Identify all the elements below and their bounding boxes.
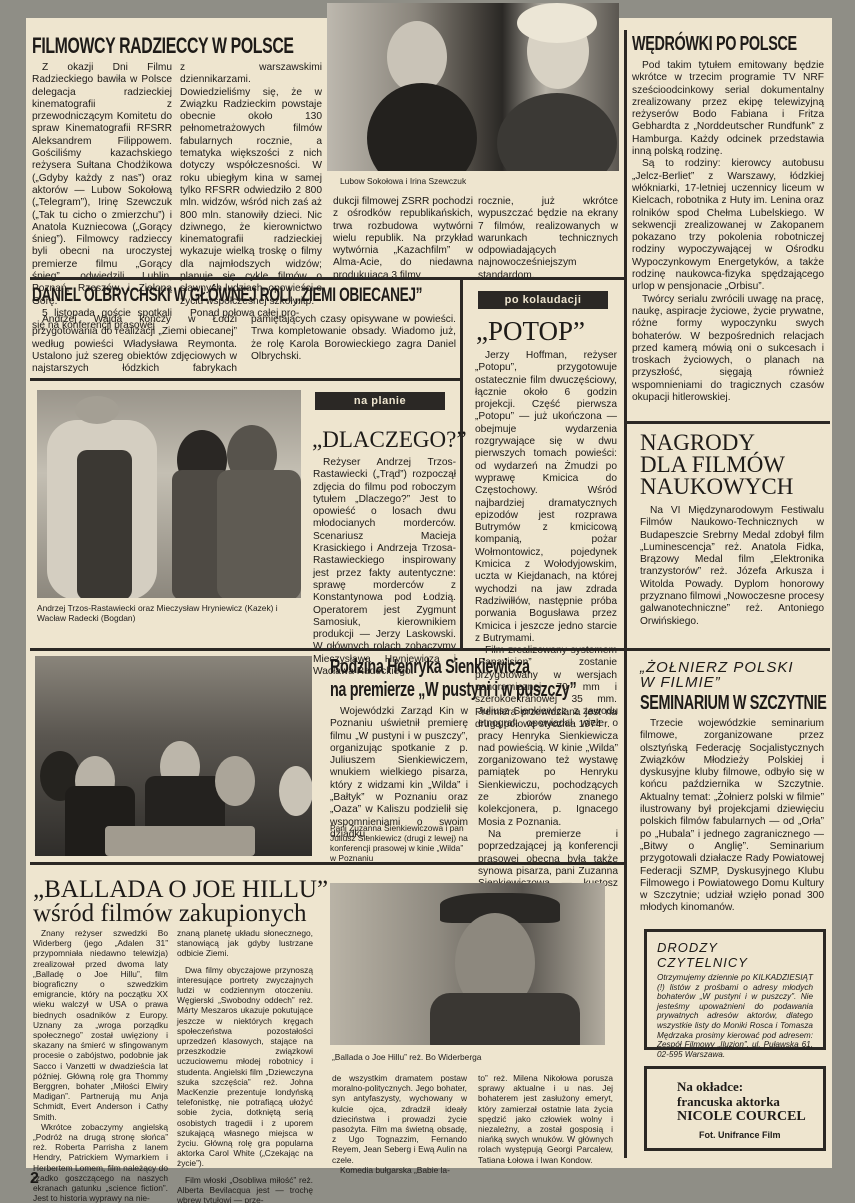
article-title-filmowcy: FILMOWCY RADZIECCY W POLSCE (32, 33, 294, 59)
kicker-line: W FILMIE” (640, 675, 794, 690)
paragraph: Na VI Międzynarodowym Festiwalu Filmów N… (640, 505, 824, 628)
paragraph: to” reż. Milena Nikołowa porusza sprawy … (478, 1073, 613, 1165)
seminarium-kicker: „ŻOŁNIERZ POLSKI W FILMIE” (640, 660, 794, 690)
ballada-col2: znaną planetę układu słonecznego, stanow… (177, 928, 313, 1203)
article-title-sienkiewicz: Rodzina Henryka Sienkiewicza na premierz… (330, 656, 576, 702)
paragraph: znaną planetę układu słonecznego, stanow… (177, 928, 313, 959)
article-title-wedrowki: WĘDRÓWKI PO POLSCE (632, 33, 797, 56)
filmowcy-col4: rocznie, już wkrótce wypuszczać będzie n… (478, 196, 618, 282)
photo-sienkiewicz-conference (35, 656, 312, 856)
photo-caption: Lubow Sokołowa i Irina Szewczuk (340, 176, 466, 186)
article-title-ballada: „BALLADA O JOE HILLU” wśród filmów zakup… (33, 878, 328, 926)
section-rule (624, 421, 830, 424)
section-rule (30, 378, 460, 381)
sienkiewicz-col1: Wojewódzki Zarząd Kin w Poznaniu uświetn… (330, 706, 468, 841)
paragraph: Znany reżyser szwedzki Bo Widerberg (jeg… (33, 928, 168, 1122)
ballada-col3: de wszystkim dramatem postaw moralno-pol… (332, 1073, 467, 1175)
photo-sokolowa-szewczuk (327, 3, 619, 171)
article-title-seminarium: SEMINARIUM W SZCZYTNIE (640, 692, 826, 715)
paragraph: de wszystkim dramatem postaw moralno-pol… (332, 1073, 467, 1165)
section-label-na-planie: na planie (315, 392, 445, 410)
article-title-potop: „POTOP” (476, 318, 585, 345)
article-title-dlaczego: „DLACZEGO?” (312, 428, 467, 451)
photo-dlaczego-set (37, 390, 301, 598)
photo-credit: Fot. Unifrance Film (677, 1130, 813, 1140)
cover-actress-name: NICOLE COURCEL (677, 1109, 813, 1125)
column-rule (460, 277, 463, 649)
paragraph: dukcji filmowej ZSRR pochodzi z ośrodków… (333, 196, 473, 282)
paragraph: Twórcy serialu zwrócili uwagę na pracę, … (632, 294, 824, 405)
photo-caption: „Ballada o Joe Hillu” reż. Bo Widerberga (332, 1052, 481, 1062)
paragraph: Reżyser Andrzej Trzos-Rastawiecki („Trąd… (313, 457, 456, 678)
cover-label: Na okładce: (677, 1079, 813, 1094)
sienkiewicz-col2: Juliusz Sienkiewicz, z zawodu etnograf, … (478, 706, 618, 903)
paragraph: Wojewódzki Zarząd Kin w Poznaniu uświetn… (330, 706, 468, 841)
title-line: na premierze „W pustyni i w puszczy” (330, 679, 576, 702)
paragraph: Wkrótce zobaczymy angielską „Podróż na d… (33, 1122, 168, 1203)
readers-notice-box: DRODZY CZYTELNICY Otrzymujemy dziennie p… (644, 929, 826, 1050)
photo-caption: Andrzej Trzos-Rastawiecki oraz Mieczysła… (37, 603, 305, 623)
cover-subtitle: francuska aktorka (677, 1094, 813, 1109)
dlaczego-body: Reżyser Andrzej Trzos-Rastawiecki („Trąd… (313, 457, 456, 678)
paragraph: Pod takim tytułem emitowany będzie wkrót… (632, 60, 824, 158)
title-line: DLA FILMÓW (640, 454, 793, 476)
page-number: 2 (30, 1170, 39, 1188)
section-label-po-kolaudacji: po kolaudacji (478, 291, 608, 309)
ballada-col4: to” reż. Milena Nikołowa porusza sprawy … (478, 1073, 613, 1165)
title-line: NAUKOWYCH (640, 476, 793, 498)
paragraph: Juliusz Sienkiewicz, z zawodu etnograf, … (478, 706, 618, 829)
article-title-olbrychski: DANIEL OLBRYCHSKI W GŁÓWNEJ ROLI „ZIEMI … (32, 285, 422, 307)
section-rule (30, 862, 624, 865)
paragraph: Andrzej Wajda kończy w Łodzi przygotowan… (32, 314, 456, 375)
paragraph: Z okazji Dni Filmu Radzieckiego bawiła w… (32, 62, 172, 308)
olbrychski-body: Andrzej Wajda kończy w Łodzi przygotowan… (32, 314, 456, 375)
title-line: Rodzina Henryka Sienkiewicza (330, 656, 576, 679)
paragraph: Otrzymujemy dziennie po KILKADZIESIĄT (!… (657, 973, 813, 1059)
paragraph: Jerzy Hoffman, reżyser „Potopu”, przygot… (475, 350, 617, 645)
title-line: „BALLADA O JOE HILLU” (33, 878, 328, 902)
photo-joe-hill (330, 883, 605, 1045)
photo-caption: Pani Zuzanna Sienkiewiczowa i pan Julius… (330, 823, 468, 863)
box-title: DRODZY CZYTELNICY (657, 940, 813, 970)
section-rule (30, 277, 624, 280)
paragraph: Komedia bułgarska „Babie la- (332, 1165, 467, 1175)
filmowcy-col3: dukcji filmowej ZSRR pochodzi z ośrodków… (333, 196, 473, 282)
title-line: NAGRODY (640, 432, 793, 454)
kicker-line: „ŻOŁNIERZ POLSKI (640, 660, 794, 675)
column-rule (624, 30, 627, 1158)
ballada-col1: Znany reżyser szwedzki Bo Widerberg (jeg… (33, 928, 168, 1203)
paragraph: rocznie, już wkrótce wypuszczać będzie n… (478, 196, 618, 282)
wedrowki-body: Pod takim tytułem emitowany będzie wkrót… (632, 60, 824, 404)
paragraph: z warszawskimi dziennikarzami. Dowiedzie… (180, 62, 322, 308)
cover-credit-box: Na okładce: francuska aktorka NICOLE COU… (644, 1066, 826, 1151)
paragraph: Trzecie wojewódzkie seminarium filmowe, … (640, 718, 824, 915)
article-title-nagrody: NAGRODY DLA FILMÓW NAUKOWYCH (640, 432, 793, 498)
paragraph: Są to rodziny: kierowcy autobusu „Jelcz-… (632, 158, 824, 293)
title-line: wśród filmów zakupionych (33, 902, 328, 926)
paragraph: Film włoski „Osobliwa miłość” reż. Alber… (177, 1175, 313, 1203)
filmowcy-col2: z warszawskimi dziennikarzami. Dowiedzie… (180, 62, 322, 320)
section-rule (30, 648, 830, 651)
nagrody-body: Na VI Międzynarodowym Festiwalu Filmów N… (640, 505, 824, 628)
seminarium-body: Trzecie wojewódzkie seminarium filmowe, … (640, 718, 824, 915)
paragraph: Dwa filmy obyczajowe przynoszą interesuj… (177, 965, 313, 1169)
